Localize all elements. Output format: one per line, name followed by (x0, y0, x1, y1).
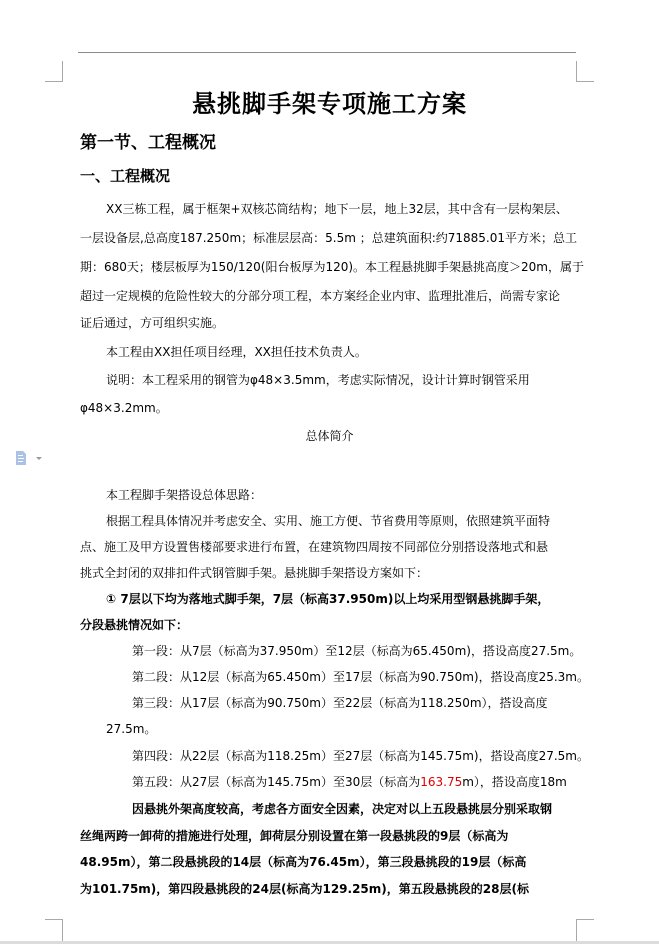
overview-line: 期：680天；楼层板厚为150/120(阳台板厚为120)。本工程悬挑脚手架悬挑… (80, 258, 584, 275)
document-line (18, 461, 23, 462)
approach-line: 点、施工及甲方设置售楼部要求进行布置，在建筑物四周按不同部位分别搭设落地式和悬 (80, 538, 548, 555)
note-line: φ48×3.2mm。 (80, 399, 168, 416)
approach-heading: 本工程脚手架搭设总体思路： (106, 486, 262, 503)
caption: 总体简介 (0, 427, 659, 444)
approach-line: 根据工程具体情况并考虑安全、实用、施工方便、节省费用等原则，依照建筑平面特 (106, 512, 550, 529)
segment-line: 第三段：从17层（标高为90.750m）至22层（标高为118.250m），搭设… (132, 694, 548, 711)
document-icon[interactable] (16, 451, 28, 465)
document-line (18, 455, 23, 456)
document-line (18, 458, 24, 459)
overview-line: 证后通过，方可组织实施。 (80, 314, 224, 331)
item1-line: ① 7层以下均为落地式脚手架，7层（标高37.950m)以上均采用型钢悬挑脚手架… (106, 590, 549, 607)
document-fold (23, 451, 26, 454)
approach-line: 挑式全封闭的双排扣件式钢管脚手架。悬挑脚手架搭设方案如下： (80, 564, 428, 581)
header-rule (78, 52, 576, 53)
segment-line: 第二段：从12层（标高为65.450m）至17层（标高为90.750m)，搭设高… (132, 668, 589, 685)
margin-corner-top-left (45, 61, 63, 82)
segment-line: 第四段：从22层（标高为118.25m）至27层（标高为145.75m)，搭设高… (132, 747, 589, 764)
segment-line: 第一段：从7层（标高为37.950m）至12层（标高为65.450m)，搭设高度… (132, 642, 581, 659)
unload-line: 丝绳两跨一卸荷的措施进行处理，卸荷层分别设置在第一段悬挑段的9层（标高为 (80, 827, 508, 844)
overview-line: 超过一定规模的危险性较大的分部分项工程，本方案经企业内审、监理批准后，尚需专家论 (80, 287, 560, 304)
segment5-after: m），搭设高度18m (462, 775, 567, 789)
unload-line: 因悬挑外架高度较高，考虑各方面安全因素，决定对以上五段悬挑层分别采取钢 (132, 800, 552, 817)
note-line: 说明：本工程采用的钢管为φ48×3.5mm，考虑实际情况，设计计算时钢管采用 (106, 371, 530, 388)
segment5-before: 第五段：从27层（标高为145.75m）至30层（标高为 (132, 775, 420, 789)
segment-line: 27.5m。 (106, 720, 156, 737)
overview-line: 一层设备层,总高度187.250m；标准层层高：5.5m ；总建筑面积:约718… (80, 229, 577, 246)
segment5-line: 第五段：从27层（标高为145.75m）至30层（标高为163.75m），搭设高… (132, 773, 567, 790)
segment5-highlight: 163.75 (420, 775, 462, 789)
section-heading: 第一节、工程概况 (80, 128, 216, 153)
overview-line: XX三栋工程，属于框架+双核芯筒结构；地下一层，地上32层，其中含有一层构架层、 (106, 200, 568, 217)
subsection-heading: 一、工程概况 (80, 165, 170, 186)
item1-line: 分段悬挑情况如下： (80, 616, 188, 633)
unload-line: 48.95m），第二段悬挑段的14层（标高为76.45m），第三段悬挑段的19层… (80, 853, 526, 870)
unload-line: 为101.75m)，第四段悬挑段的24层(标高为129.25m)，第五段悬挑段的… (80, 880, 529, 897)
manager-line: 本工程由XX担任项目经理，XX担任技术负责人。 (106, 343, 367, 360)
chevron-down-icon[interactable] (36, 457, 42, 460)
document-title: 悬挑脚手架专项施工方案 (0, 84, 659, 119)
margin-corner-top-right (576, 61, 594, 82)
